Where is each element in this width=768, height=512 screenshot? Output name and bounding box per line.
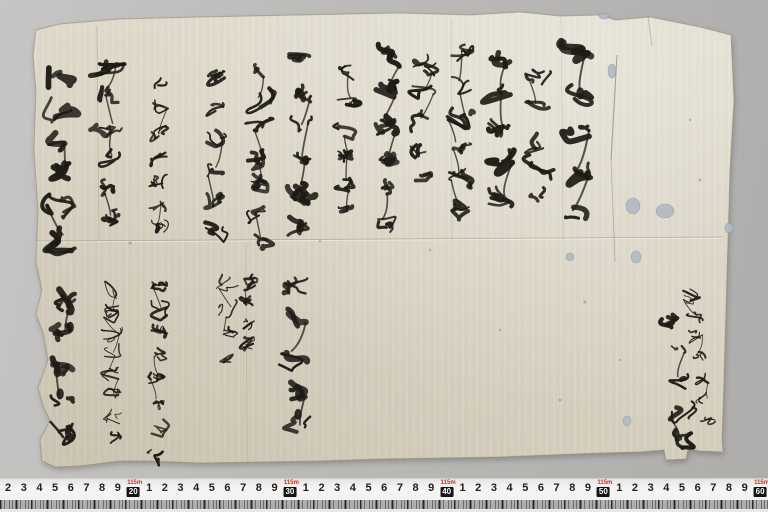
ruler-mm-ticks [423,500,439,509]
photo-of-historical-manuscript: 23456789115m20123456789115m3012345678911… [0,0,768,512]
ruler-digit: 1 [141,482,157,494]
ruler-cm-cell: 4 [658,479,674,512]
ruler-mm-ticks [752,500,768,509]
ruler-cm-cell: 1 [298,479,314,512]
ruler-digit: 9 [423,482,439,494]
paper-shadow-wrap [0,0,768,512]
ruler-mm-ticks [157,500,173,509]
document-paper [0,0,768,512]
ruler-red-label: 115m [127,480,142,486]
ruler-mm-ticks [533,500,549,509]
ruler-cm-cell: 8 [94,479,110,512]
ruler-cm-cell: 8 [251,479,267,512]
ruler-cm-cell: 4 [502,479,518,512]
ruler-cm-cell: 7 [549,479,565,512]
ruler-decimeter-cell: 115m50 [596,479,612,512]
ruler-digit: 6 [690,482,706,494]
ruler-cm-cell: 7 [78,479,94,512]
ruler-digit: 4 [502,482,518,494]
ruler-red-label: 115m [441,480,456,486]
ruler-mm-ticks [517,500,533,509]
ruler-decimeter-cell: 115m30 [282,479,298,512]
ruler-mm-ticks [78,500,94,509]
ruler-cm-cell: 5 [360,479,376,512]
ruler-cm-cell: 4 [188,479,204,512]
ruler-digit: 4 [188,482,204,494]
ruler-mm-ticks [705,500,721,509]
ruler-cm-cell: 7 [705,479,721,512]
ruler-digit: 3 [16,482,32,494]
ruler-digit: 7 [78,482,94,494]
ruler-digit: 4 [31,482,47,494]
ruler-cm-cell: 7 [235,479,251,512]
ruler-cm-cell: 6 [63,479,79,512]
ruler-digit: 9 [580,482,596,494]
ruler-cm-cell: 8 [407,479,423,512]
ruler-mm-ticks [470,500,486,509]
ruler-digit: 3 [329,482,345,494]
ruler-digit: 8 [721,482,737,494]
ruler-cm-cell: 9 [110,479,126,512]
ruler-decimeter-number: 20 [127,487,140,497]
ruler-mm-ticks [360,500,376,509]
ruler-mm-ticks [627,500,643,509]
ruler-digit: 1 [454,482,470,494]
ruler-digit: 5 [47,482,63,494]
ruler-digit: 8 [94,482,110,494]
ruler-mm-ticks [658,500,674,509]
ruler-mm-ticks [564,500,580,509]
ruler-mm-ticks [63,500,79,509]
ruler-digit: 5 [517,482,533,494]
ruler-cm-cell: 7 [392,479,408,512]
ruler-mm-ticks [376,500,392,509]
ruler-mm-ticks [313,500,329,509]
ruler-mm-ticks [0,500,16,509]
ruler-cm-cell: 2 [157,479,173,512]
ruler-mm-ticks [549,500,565,509]
ruler-mm-ticks [345,500,361,509]
ruler-digit: 6 [219,482,235,494]
ruler-mm-ticks [486,500,502,509]
ruler-cm-cell: 6 [690,479,706,512]
ruler-mm-ticks [329,500,345,509]
ruler-decimeter-number: 60 [754,487,767,497]
ruler-cm-cell: 6 [376,479,392,512]
ruler-digit: 6 [63,482,79,494]
ruler-mm-ticks [643,500,659,509]
ruler-digit: 5 [204,482,220,494]
ruler-digit: 7 [235,482,251,494]
ruler-mm-ticks [737,500,753,509]
ruler-mm-ticks [674,500,690,509]
ruler-mm-ticks [16,500,32,509]
ruler: 23456789115m20123456789115m3012345678911… [0,478,768,512]
ruler-digit: 7 [549,482,565,494]
ruler-cm-cell: 8 [721,479,737,512]
ruler-cm-cell: 9 [423,479,439,512]
ruler-mm-ticks [502,500,518,509]
ruler-digit: 9 [266,482,282,494]
ruler-digit: 6 [533,482,549,494]
ruler-cm-cell: 9 [266,479,282,512]
ruler-decimeter-cell: 115m40 [439,479,455,512]
ruler-digit: 9 [737,482,753,494]
ruler-digit: 6 [376,482,392,494]
ruler-decimeter-cell: 115m20 [125,479,141,512]
ruler-digit: 4 [345,482,361,494]
ruler-cm-cell: 2 [0,479,16,512]
ruler-decimeter-cell: 115m60 [752,479,768,512]
ruler-digit: 8 [407,482,423,494]
ruler-mm-ticks [266,500,282,509]
ruler-mm-ticks [454,500,470,509]
ruler-cm-cell: 2 [627,479,643,512]
ruler-cm-cell: 6 [533,479,549,512]
ruler-cm-cell: 5 [674,479,690,512]
ruler-mm-ticks [251,500,267,509]
ruler-red-label: 115m [597,480,612,486]
ruler-cm-cell: 3 [643,479,659,512]
ruler-digit: 4 [658,482,674,494]
ruler-cm-cell: 2 [470,479,486,512]
ruler-decimeter-number: 30 [283,487,296,497]
ruler-red-label: 115m [284,480,299,486]
ruler-mm-ticks [172,500,188,509]
ruler-digit: 7 [392,482,408,494]
ruler-digit: 2 [157,482,173,494]
ruler-digit: 2 [470,482,486,494]
ruler-mm-ticks [611,500,627,509]
ruler-mm-ticks [204,500,220,509]
ruler-mm-ticks [110,500,126,509]
ruler-cm-cell: 3 [172,479,188,512]
ruler-cm-cell: 9 [580,479,596,512]
ruler-mm-ticks [282,500,298,509]
ruler-digit: 1 [611,482,627,494]
ruler-mm-ticks [690,500,706,509]
ruler-cm-cell: 3 [486,479,502,512]
ruler-cm-cell: 2 [313,479,329,512]
ruler-digit: 9 [110,482,126,494]
ruler-digit: 3 [486,482,502,494]
ruler-cm-cell: 9 [737,479,753,512]
ruler-digit: 2 [313,482,329,494]
ruler-cm-cell: 1 [141,479,157,512]
ruler-cm-cell: 3 [329,479,345,512]
ruler-cm-cell: 1 [454,479,470,512]
ruler-mm-ticks [580,500,596,509]
ruler-mm-ticks [721,500,737,509]
ruler-mm-ticks [31,500,47,509]
ruler-cm-cell: 3 [16,479,32,512]
ruler-cm-cell: 1 [611,479,627,512]
ruler-digit: 3 [643,482,659,494]
ruler-digit: 5 [674,482,690,494]
ruler-cm-cell: 6 [219,479,235,512]
ruler-digit: 7 [705,482,721,494]
ruler-mm-ticks [47,500,63,509]
ruler-cm-cell: 5 [517,479,533,512]
ruler-mm-ticks [188,500,204,509]
ruler-red-label: 115m [754,480,768,486]
ruler-mm-ticks [407,500,423,509]
ruler-mm-ticks [235,500,251,509]
ruler-mm-ticks [219,500,235,509]
ruler-digit: 3 [172,482,188,494]
ruler-cm-cell: 5 [204,479,220,512]
ruler-digit: 2 [0,482,16,494]
ruler-digit: 2 [627,482,643,494]
ruler-decimeter-number: 40 [440,487,453,497]
ruler-cm-cell: 4 [31,479,47,512]
ruler-digit: 5 [360,482,376,494]
ruler-cm-cell: 5 [47,479,63,512]
ruler-mm-ticks [298,500,314,509]
ruler-mm-ticks [94,500,110,509]
ruler-mm-ticks [125,500,141,509]
ruler-mm-ticks [141,500,157,509]
ruler-mm-ticks [392,500,408,509]
ruler-decimeter-number: 50 [597,487,610,497]
ruler-cm-cell: 4 [345,479,361,512]
ruler-digit: 8 [564,482,580,494]
ruler-cm-cell: 8 [564,479,580,512]
ruler-digit: 1 [298,482,314,494]
ruler-digit: 8 [251,482,267,494]
ruler-mm-ticks [439,500,455,509]
ruler-mm-ticks [596,500,612,509]
